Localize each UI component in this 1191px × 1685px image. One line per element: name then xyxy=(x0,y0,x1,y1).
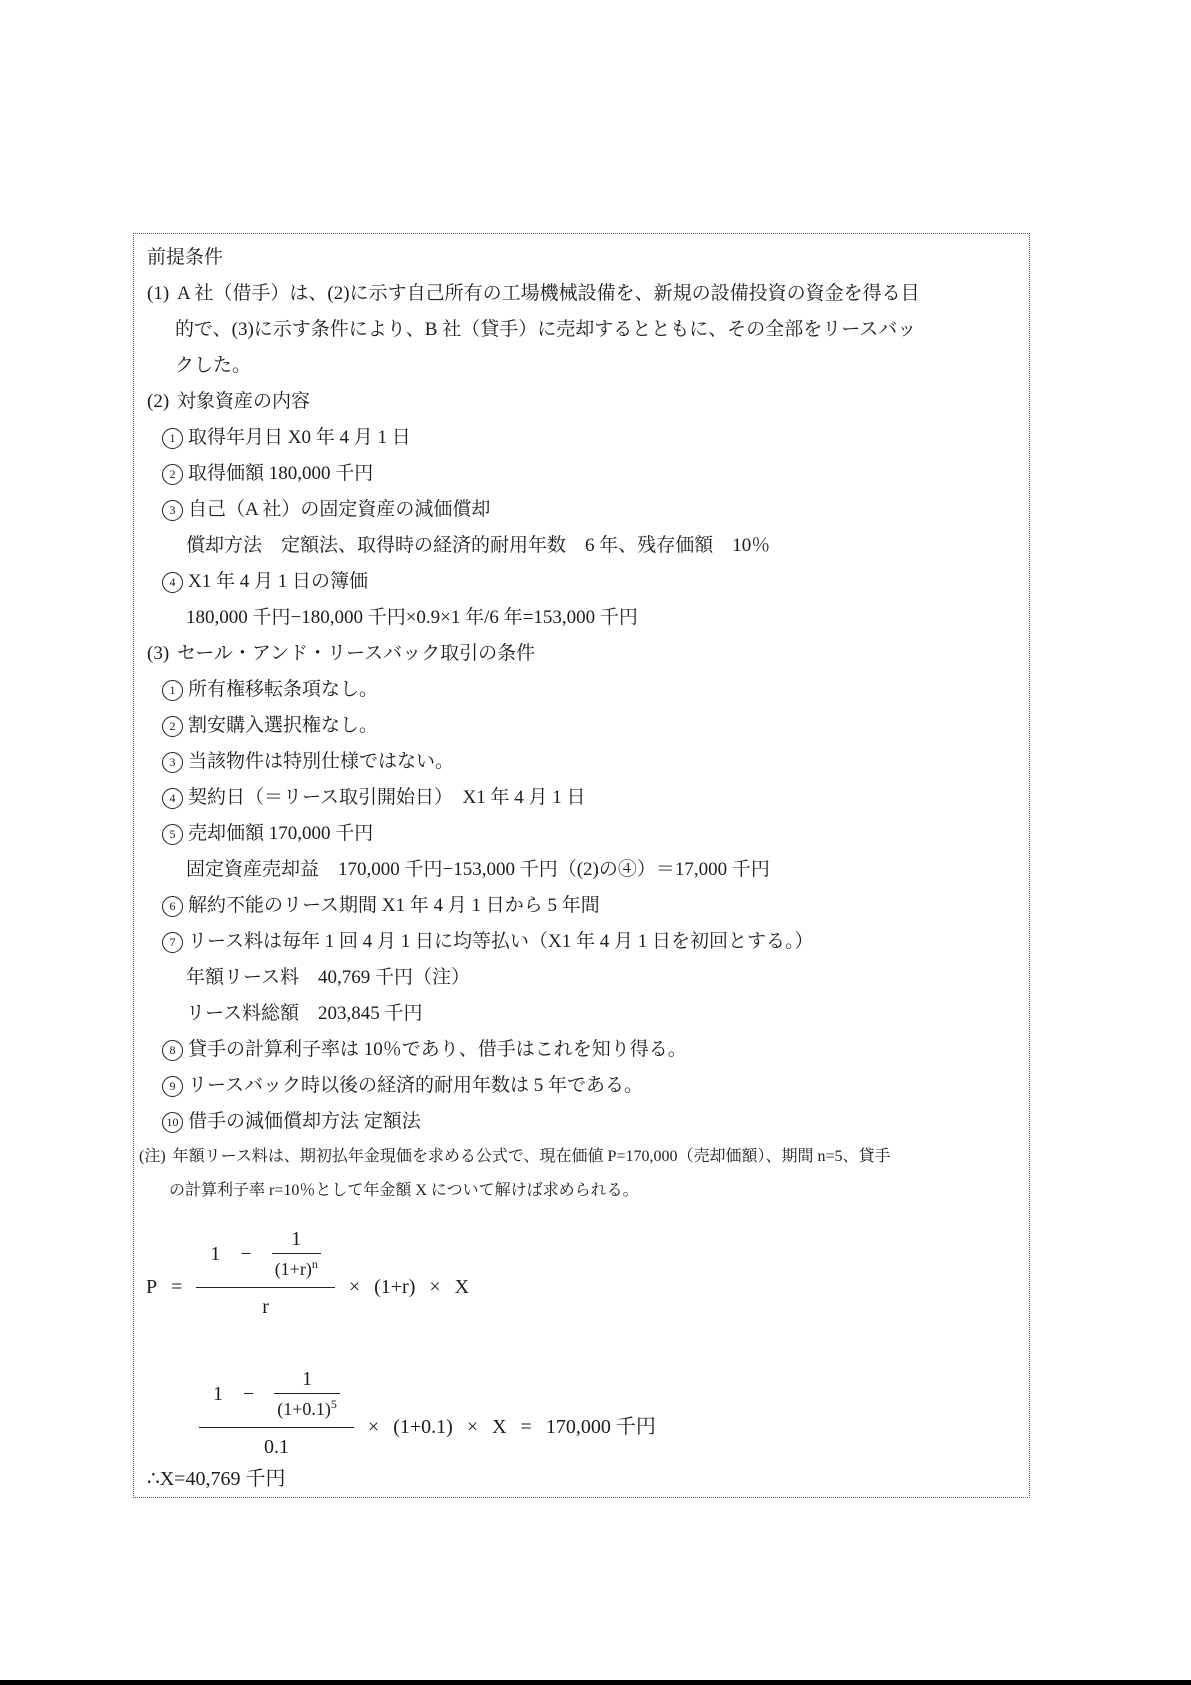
paragraph-2: (2) 対象資産の内容 xyxy=(142,384,1021,420)
paren-number-marker: (3) xyxy=(147,636,177,672)
factor-X: X xyxy=(455,1274,469,1300)
formula-lhs-P: P xyxy=(146,1274,157,1300)
multiply-sign: × xyxy=(467,1414,478,1440)
fraction-numerator: 1 − 1 (1+r)n xyxy=(196,1228,334,1287)
inner-denominator: (1+0.1)5 xyxy=(274,1393,340,1421)
paren-number-marker: (2) xyxy=(147,384,177,420)
inner-denominator-base: (1+r) xyxy=(275,1259,312,1279)
list-item: 9 リースバック時以後の経済的耐用年数は 5 年である。 xyxy=(142,1068,1021,1104)
multiply-sign: × xyxy=(429,1274,440,1300)
numerator-one: 1 xyxy=(213,1383,223,1406)
circled-number-icon: 5 xyxy=(162,824,183,845)
list-item-text: 契約日（＝リース取引開始日） X1 年 4 月 1 日 xyxy=(188,780,586,816)
circled-number-icon: 2 xyxy=(162,716,183,737)
list-item: 5 売却価額 170,000 千円 xyxy=(142,816,1021,852)
exponent-n: n xyxy=(312,1257,318,1271)
conditions-document-box: 前提条件 (1) A 社（借手）は、(2)に示す自己所有の工場機械設備を、新規の… xyxy=(133,233,1030,1498)
note-line-2: の計算利子率 r=10％として年金額 X について解けば求められる。 xyxy=(139,1174,1021,1208)
numerator-one: 1 xyxy=(210,1243,220,1266)
factor-one-plus-rate: (1+0.1) xyxy=(393,1414,453,1440)
list-item-text: 解約不能のリース期間 X1 年 4 月 1 日から 5 年間 xyxy=(188,888,600,924)
equals-sign: = xyxy=(171,1274,182,1300)
circled-number-icon: 6 xyxy=(162,896,183,917)
list-item-text: 割安購入選択権なし。 xyxy=(188,708,378,744)
main-fraction: 1 − 1 (1+0.1)5 0.1 xyxy=(199,1368,354,1460)
list-item: 1 所有権移転条項なし。 xyxy=(142,672,1021,708)
list-item-text: X1 年 4 月 1 日の簿価 xyxy=(188,564,368,600)
circled-number-icon: 7 xyxy=(162,932,183,953)
paragraph-text: セール・アンド・リースバック取引の条件 xyxy=(177,636,535,672)
inner-fraction: 1 (1+r)n xyxy=(272,1228,321,1281)
factor-one-plus-r: (1+r) xyxy=(374,1274,415,1300)
sub-line: 180,000 千円−180,000 千円×0.9×1 年/6 年=153,00… xyxy=(142,600,1021,636)
list-item: 3 自己（A 社）の固定資産の減価償却 xyxy=(142,492,1021,528)
exponent-5: 5 xyxy=(331,1397,337,1411)
circled-number-icon: 2 xyxy=(162,464,183,485)
list-item-text: 当該物件は特別仕様ではない。 xyxy=(188,744,454,780)
note-block: (注) 年額リース料は、期初払年金現価を求める公式で、現在価値 P=170,00… xyxy=(139,1140,1021,1208)
multiply-sign: × xyxy=(349,1274,360,1300)
list-item-text: 自己（A 社）の固定資産の減価償却 xyxy=(188,492,490,528)
note-line-1: (注) 年額リース料は、期初払年金現価を求める公式で、現在価値 P=170,00… xyxy=(139,1140,1021,1174)
paragraph-text: A 社（借手）は、(2)に示す自己所有の工場機械設備を、新規の設備投資の資金を得… xyxy=(177,276,920,312)
paragraph-text: 対象資産の内容 xyxy=(177,384,310,420)
multiply-sign: × xyxy=(368,1414,379,1440)
circled-number-icon: 9 xyxy=(162,1076,183,1097)
inner-numerator: 1 xyxy=(298,1368,316,1393)
circled-number-icon: 10 xyxy=(162,1112,183,1133)
bottom-edge-bar xyxy=(0,1680,1191,1685)
inner-numerator: 1 xyxy=(287,1228,305,1253)
list-item-text: リースバック時以後の経済的耐用年数は 5 年である。 xyxy=(188,1068,643,1104)
document-heading: 前提条件 xyxy=(142,240,1021,276)
circled-number-icon: 3 xyxy=(162,500,183,521)
inner-fraction: 1 (1+0.1)5 xyxy=(274,1368,340,1421)
minus-sign: − xyxy=(243,1383,254,1406)
list-item-text: 貸手の計算利子率は 10％であり、借手はこれを知り得る。 xyxy=(188,1032,687,1068)
list-item-text: 所有権移転条項なし。 xyxy=(188,672,378,708)
list-item: 8 貸手の計算利子率は 10％であり、借手はこれを知り得る。 xyxy=(142,1032,1021,1068)
minus-sign: − xyxy=(240,1243,251,1266)
sub-line: 償却方法 定額法、取得時の経済的耐用年数 6 年、残存価額 10％ xyxy=(142,528,1021,564)
circled-number-icon: 3 xyxy=(162,752,183,773)
list-item-text: リース料は毎年 1 回 4 月 1 日に均等払い（X1 年 4 月 1 日を初回… xyxy=(188,924,814,960)
circled-number-icon: 4 xyxy=(162,788,183,809)
result-value: 170,000 千円 xyxy=(546,1414,656,1440)
list-item-text: 借手の減価償却方法 定額法 xyxy=(188,1104,421,1140)
list-item: 4 X1 年 4 月 1 日の簿価 xyxy=(142,564,1021,600)
paragraph-3: (3) セール・アンド・リースバック取引の条件 xyxy=(142,636,1021,672)
equals-sign: = xyxy=(521,1414,532,1440)
paragraph-1-cont: 的で、(3)に示す条件により、B 社（貸手）に売却するとともに、その全部をリース… xyxy=(142,312,1021,348)
main-fraction: 1 − 1 (1+r)n r xyxy=(196,1228,334,1320)
formula-present-value-general: P = 1 − 1 (1+r)n r × (1+r) × X xyxy=(146,1228,1021,1320)
paren-number-marker: (1) xyxy=(147,276,177,312)
conclusion-line: ∴X=40,769 千円 xyxy=(142,1466,1021,1492)
sub-line: 年額リース料 40,769 千円（注） xyxy=(142,960,1021,996)
formula-present-value-numeric: 1 − 1 (1+0.1)5 0.1 × (1+0.1) × X = 170,0… xyxy=(199,1368,1021,1460)
circled-number-icon: 4 xyxy=(162,572,183,593)
list-item: 4 契約日（＝リース取引開始日） X1 年 4 月 1 日 xyxy=(142,780,1021,816)
inner-denominator: (1+r)n xyxy=(272,1253,321,1281)
list-item-text: 取得価額 180,000 千円 xyxy=(188,456,373,492)
sub-line: リース料総額 203,845 千円 xyxy=(142,996,1021,1032)
list-item: 2 取得価額 180,000 千円 xyxy=(142,456,1021,492)
list-item: 3 当該物件は特別仕様ではない。 xyxy=(142,744,1021,780)
circled-number-icon: 1 xyxy=(162,680,183,701)
list-item: 6 解約不能のリース期間 X1 年 4 月 1 日から 5 年間 xyxy=(142,888,1021,924)
fraction-numerator: 1 − 1 (1+0.1)5 xyxy=(199,1368,354,1427)
list-item: 2 割安購入選択権なし。 xyxy=(142,708,1021,744)
factor-X: X xyxy=(492,1414,506,1440)
paragraph-1-cont: クした。 xyxy=(142,348,1021,384)
circled-number-icon: 8 xyxy=(162,1040,183,1061)
inner-denominator-base: (1+0.1) xyxy=(277,1399,331,1419)
list-item: 10 借手の減価償却方法 定額法 xyxy=(142,1104,1021,1140)
sub-line: 固定資産売却益 170,000 千円−153,000 千円（(2)の④）＝17,… xyxy=(142,852,1021,888)
list-item-text: 売却価額 170,000 千円 xyxy=(188,816,373,852)
note-marker: (注) xyxy=(139,1140,166,1174)
circled-number-icon: 1 xyxy=(162,428,183,449)
list-item-text: 取得年月日 X0 年 4 月 1 日 xyxy=(188,420,411,456)
paragraph-1: (1) A 社（借手）は、(2)に示す自己所有の工場機械設備を、新規の設備投資の… xyxy=(142,276,1021,312)
fraction-denominator: 0.1 xyxy=(199,1427,354,1460)
list-item: 1 取得年月日 X0 年 4 月 1 日 xyxy=(142,420,1021,456)
list-item: 7 リース料は毎年 1 回 4 月 1 日に均等払い（X1 年 4 月 1 日を… xyxy=(142,924,1021,960)
note-text: 年額リース料は、期初払年金現価を求める公式で、現在価値 P=170,000（売却… xyxy=(173,1140,891,1174)
fraction-denominator: r xyxy=(196,1287,334,1320)
